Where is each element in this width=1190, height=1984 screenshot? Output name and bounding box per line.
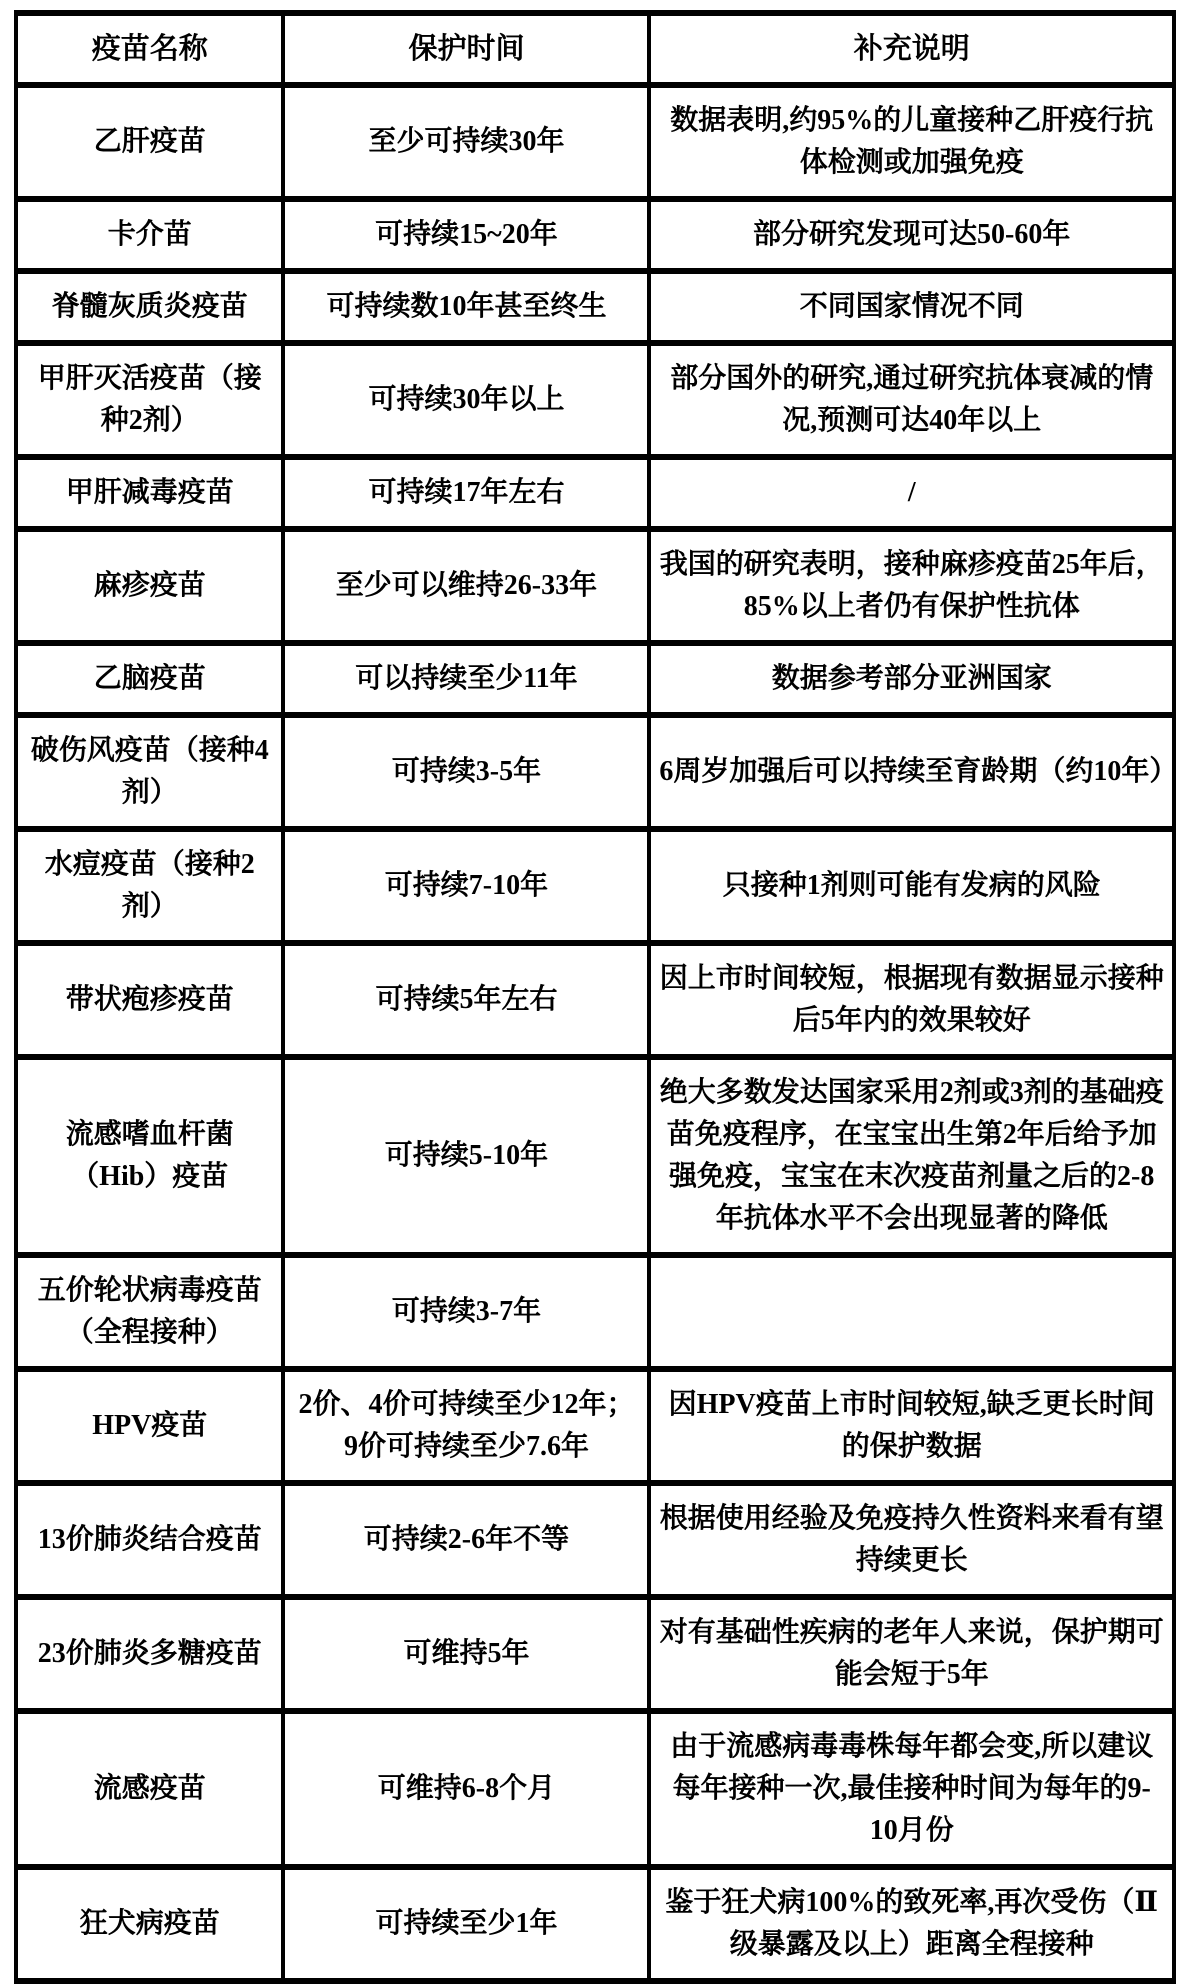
cell-vaccine-name: 流感嗜血杆菌（Hib）疫苗 [16,1057,283,1255]
cell-note: 只接种1剂则可能有发病的风险 [649,829,1174,943]
cell-vaccine-name: 甲肝灭活疫苗（接种2剂） [16,343,283,457]
cell-protection-time: 可持续至少1年 [283,1867,649,1981]
cell-note: 绝大多数发达国家采用2剂或3剂的基础疫苗免疫程序，在宝宝出生第2年后给予加强免疫… [649,1057,1174,1255]
cell-note: 部分研究发现可达50-60年 [649,199,1174,271]
header-row: 疫苗名称 保护时间 补充说明 [16,13,1174,85]
cell-protection-time: 可持续17年左右 [283,457,649,529]
cell-note: 部分国外的研究,通过研究抗体衰减的情况,预测可达40年以上 [649,343,1174,457]
cell-vaccine-name: 五价轮状病毒疫苗（全程接种） [16,1255,283,1369]
table-row: 流感疫苗可维持6-8个月由于流感病毒毒株每年都会变,所以建议每年接种一次,最佳接… [16,1711,1174,1867]
cell-protection-time: 2价、4价可持续至少12年；9价可持续至少7.6年 [283,1369,649,1483]
table-row: 带状疱疹疫苗可持续5年左右因上市时间较短，根据现有数据显示接种后5年内的效果较好 [16,943,1174,1057]
table-row: HPV疫苗2价、4价可持续至少12年；9价可持续至少7.6年因HPV疫苗上市时间… [16,1369,1174,1483]
table-row: 脊髓灰质炎疫苗可持续数10年甚至终生不同国家情况不同 [16,271,1174,343]
cell-vaccine-name: HPV疫苗 [16,1369,283,1483]
table-row: 乙脑疫苗可以持续至少11年数据参考部分亚洲国家 [16,643,1174,715]
cell-protection-time: 至少可持续30年 [283,85,649,199]
column-header-protection-time: 保护时间 [283,13,649,85]
cell-protection-time: 可持续3-5年 [283,715,649,829]
table-row: 卡介苗可持续15~20年部分研究发现可达50-60年 [16,199,1174,271]
cell-note: 不同国家情况不同 [649,271,1174,343]
cell-vaccine-name: 脊髓灰质炎疫苗 [16,271,283,343]
table-row: 甲肝灭活疫苗（接种2剂）可持续30年以上部分国外的研究,通过研究抗体衰减的情况,… [16,343,1174,457]
cell-vaccine-name: 流感疫苗 [16,1711,283,1867]
cell-vaccine-name: 狂犬病疫苗 [16,1867,283,1981]
cell-note: 对有基础性疾病的老年人来说，保护期可能会短于5年 [649,1597,1174,1711]
cell-note: 数据参考部分亚洲国家 [649,643,1174,715]
cell-protection-time: 可持续5-10年 [283,1057,649,1255]
cell-note: 根据使用经验及免疫持久性资料来看有望持续更长 [649,1483,1174,1597]
table-row: 甲肝减毒疫苗可持续17年左右/ [16,457,1174,529]
cell-note: 因HPV疫苗上市时间较短,缺乏更长时间的保护数据 [649,1369,1174,1483]
cell-note: 数据表明,约95%的儿童接种乙肝疫行抗体检测或加强免疫 [649,85,1174,199]
table-body: 乙肝疫苗至少可持续30年数据表明,约95%的儿童接种乙肝疫行抗体检测或加强免疫卡… [16,85,1174,1981]
cell-note: 因上市时间较短，根据现有数据显示接种后5年内的效果较好 [649,943,1174,1057]
cell-note: 我国的研究表明，接种麻疹疫苗25年后，85%以上者仍有保护性抗体 [649,529,1174,643]
cell-note: / [649,457,1174,529]
cell-protection-time: 可维持5年 [283,1597,649,1711]
cell-protection-time: 可持续5年左右 [283,943,649,1057]
cell-note: 6周岁加强后可以持续至育龄期（约10年） [649,715,1174,829]
cell-protection-time: 可持续30年以上 [283,343,649,457]
cell-protection-time: 可维持6-8个月 [283,1711,649,1867]
column-header-note: 补充说明 [649,13,1174,85]
cell-protection-time: 可持续3-7年 [283,1255,649,1369]
cell-protection-time: 至少可以维持26-33年 [283,529,649,643]
cell-vaccine-name: 乙脑疫苗 [16,643,283,715]
table-row: 流感嗜血杆菌（Hib）疫苗可持续5-10年绝大多数发达国家采用2剂或3剂的基础疫… [16,1057,1174,1255]
cell-note: 由于流感病毒毒株每年都会变,所以建议每年接种一次,最佳接种时间为每年的9-10月… [649,1711,1174,1867]
table-row: 狂犬病疫苗可持续至少1年鉴于狂犬病100%的致死率,再次受伤（Ⅱ级暴露及以上）距… [16,1867,1174,1981]
cell-note [649,1255,1174,1369]
table-row: 五价轮状病毒疫苗（全程接种）可持续3-7年 [16,1255,1174,1369]
cell-vaccine-name: 麻疹疫苗 [16,529,283,643]
cell-vaccine-name: 13价肺炎结合疫苗 [16,1483,283,1597]
cell-vaccine-name: 水痘疫苗（接种2剂） [16,829,283,943]
cell-protection-time: 可持续7-10年 [283,829,649,943]
table-row: 水痘疫苗（接种2剂）可持续7-10年只接种1剂则可能有发病的风险 [16,829,1174,943]
cell-vaccine-name: 甲肝减毒疫苗 [16,457,283,529]
cell-protection-time: 可持续15~20年 [283,199,649,271]
vaccine-table-container: 疫苗名称 保护时间 补充说明 乙肝疫苗至少可持续30年数据表明,约95%的儿童接… [14,10,1176,1984]
cell-note: 鉴于狂犬病100%的致死率,再次受伤（Ⅱ级暴露及以上）距离全程接种 [649,1867,1174,1981]
table-row: 麻疹疫苗至少可以维持26-33年我国的研究表明，接种麻疹疫苗25年后，85%以上… [16,529,1174,643]
table-row: 乙肝疫苗至少可持续30年数据表明,约95%的儿童接种乙肝疫行抗体检测或加强免疫 [16,85,1174,199]
column-header-vaccine-name: 疫苗名称 [16,13,283,85]
cell-vaccine-name: 带状疱疹疫苗 [16,943,283,1057]
cell-protection-time: 可持续数10年甚至终生 [283,271,649,343]
cell-vaccine-name: 卡介苗 [16,199,283,271]
table-row: 23价肺炎多糖疫苗可维持5年对有基础性疾病的老年人来说，保护期可能会短于5年 [16,1597,1174,1711]
cell-vaccine-name: 23价肺炎多糖疫苗 [16,1597,283,1711]
table-row: 破伤风疫苗（接种4剂）可持续3-5年6周岁加强后可以持续至育龄期（约10年） [16,715,1174,829]
vaccine-protection-table: 疫苗名称 保护时间 补充说明 乙肝疫苗至少可持续30年数据表明,约95%的儿童接… [14,10,1176,1984]
cell-vaccine-name: 乙肝疫苗 [16,85,283,199]
cell-vaccine-name: 破伤风疫苗（接种4剂） [16,715,283,829]
cell-protection-time: 可持续2-6年不等 [283,1483,649,1597]
table-row: 13价肺炎结合疫苗可持续2-6年不等根据使用经验及免疫持久性资料来看有望持续更长 [16,1483,1174,1597]
cell-protection-time: 可以持续至少11年 [283,643,649,715]
